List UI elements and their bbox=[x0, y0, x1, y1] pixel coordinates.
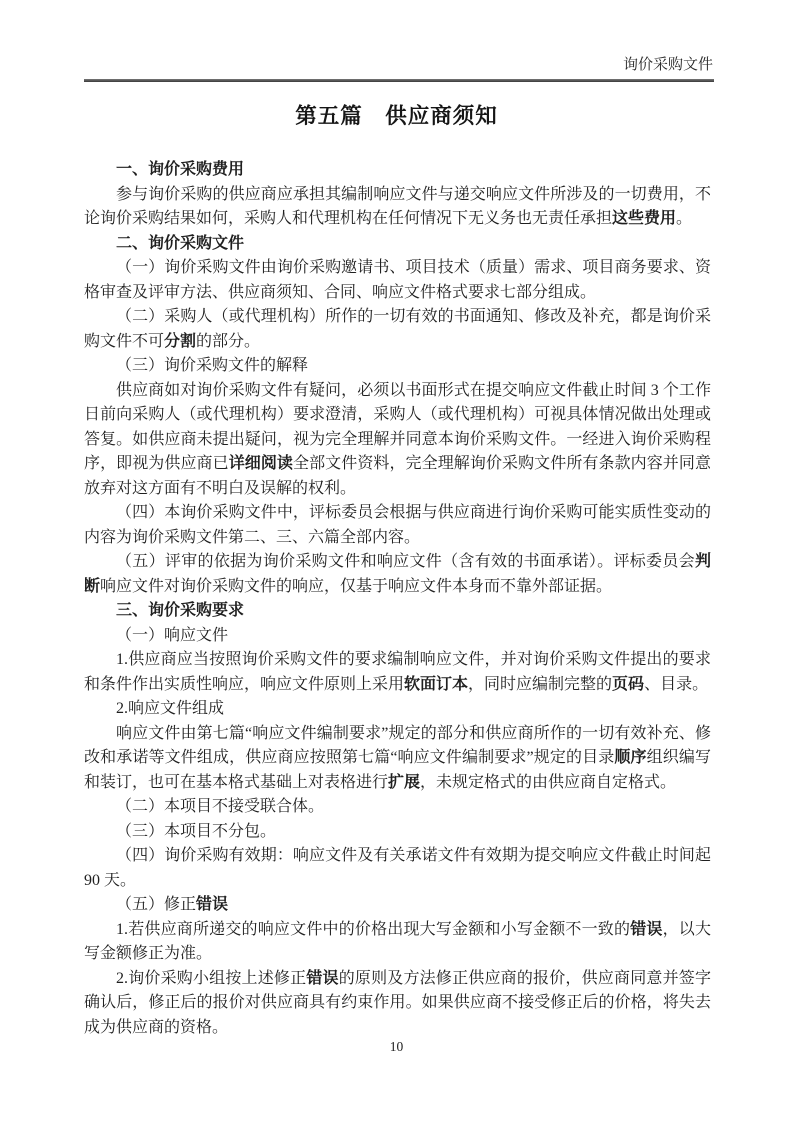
text-segment: 1.若供应商所递交的响应文件中的价格出现大写金额和小写金额不一致的 bbox=[116, 921, 630, 938]
text-segment: ，同时应编制完整的 bbox=[468, 676, 612, 693]
text-segment: 的部分。 bbox=[196, 333, 260, 350]
document-body: 一、询价采购费用参与询价采购的供应商应承担其编制响应文件与递交响应文件所涉及的一… bbox=[84, 158, 711, 1040]
header-rule bbox=[84, 79, 714, 82]
text-segment: 详细阅读 bbox=[229, 455, 293, 472]
paragraph: 参与询价采购的供应商应承担其编制响应文件与递交响应文件所涉及的一切费用，不论询价… bbox=[84, 183, 711, 232]
text-segment: 顺序 bbox=[614, 749, 646, 766]
text-segment: ，未规定格式的由供应商自定格式。 bbox=[420, 774, 676, 791]
text-segment: （二）本项目不接受联合体。 bbox=[116, 798, 324, 815]
header-doc-type-label: 询价采购文件 bbox=[623, 53, 713, 74]
text-segment: 页码 bbox=[612, 676, 644, 693]
paragraph: 2.响应文件组成 bbox=[84, 697, 711, 722]
paragraph: （三）本项目不分包。 bbox=[84, 820, 711, 845]
paragraph: （二）本项目不接受联合体。 bbox=[84, 795, 711, 820]
paragraph: （四）本询价采购文件中，评标委员会根据与供应商进行询价采购可能实质性变动的内容为… bbox=[84, 501, 711, 550]
text-segment: （五）评审的依据为询价采购文件和响应文件（含有效的书面承诺）。评标委员会 bbox=[116, 553, 695, 570]
page-footer: 10 bbox=[0, 1039, 793, 1055]
text-segment: （一）询价采购文件由询价采购邀请书、项目技术（质量）需求、项目商务要求、资格审查… bbox=[84, 259, 711, 301]
text-segment: 。 bbox=[676, 210, 692, 227]
text-segment: （四）询价采购有效期：响应文件及有关承诺文件有效期为提交响应文件截止时间起90 … bbox=[84, 847, 711, 889]
text-segment: 错误 bbox=[306, 970, 338, 987]
document-page: 询价采购文件 第五篇 供应商须知 一、询价采购费用参与询价采购的供应商应承担其编… bbox=[0, 0, 793, 1122]
text-segment: 错误 bbox=[630, 921, 662, 938]
paragraph: 2.询价采购小组按上述修正错误的原则及方法修正供应商的报价，供应商同意并签字确认… bbox=[84, 967, 711, 1041]
page-title: 第五篇 供应商须知 bbox=[0, 99, 793, 130]
text-segment: （一）响应文件 bbox=[116, 627, 228, 644]
section-heading: 三、询价采购要求 bbox=[84, 599, 711, 624]
paragraph: 响应文件由第七篇“响应文件编制要求”规定的部分和供应商所作的一切有效补充、修改和… bbox=[84, 722, 711, 796]
section-heading: 二、询价采购文件 bbox=[84, 232, 711, 257]
text-segment: 二、询价采购文件 bbox=[116, 235, 244, 252]
paragraph: 1.若供应商所递交的响应文件中的价格出现大写金额和小写金额不一致的错误，以大写金… bbox=[84, 918, 711, 967]
text-segment: 扩展 bbox=[388, 774, 420, 791]
text-segment: 、目录。 bbox=[644, 676, 708, 693]
paragraph: （五）修正错误 bbox=[84, 893, 711, 918]
page-number: 10 bbox=[390, 1039, 404, 1054]
section-heading: 一、询价采购费用 bbox=[84, 158, 711, 183]
text-segment: （三）询价采购文件的解释 bbox=[116, 357, 308, 374]
text-segment: 错误 bbox=[196, 896, 228, 913]
paragraph: （三）询价采购文件的解释 bbox=[84, 354, 711, 379]
paragraph: （二）采购人（或代理机构）所作的一切有效的书面通知、修改及补充，都是询价采购文件… bbox=[84, 305, 711, 354]
paragraph: （一）询价采购文件由询价采购邀请书、项目技术（质量）需求、项目商务要求、资格审查… bbox=[84, 256, 711, 305]
paragraph: 供应商如对询价采购文件有疑问，必须以书面形式在提交响应文件截止时间 3 个工作日… bbox=[84, 379, 711, 502]
text-segment: 响应文件对询价采购文件的响应，仅基于响应文件本身而不靠外部证据。 bbox=[100, 578, 612, 595]
text-segment: 2.询价采购小组按上述修正 bbox=[116, 970, 306, 987]
text-segment: （三）本项目不分包。 bbox=[116, 823, 276, 840]
paragraph: （一）响应文件 bbox=[84, 624, 711, 649]
paragraph: （五）评审的依据为询价采购文件和响应文件（含有效的书面承诺）。评标委员会判断响应… bbox=[84, 550, 711, 599]
text-segment: 分割 bbox=[164, 333, 196, 350]
text-segment: 2.响应文件组成 bbox=[116, 700, 224, 717]
text-segment: （五）修正 bbox=[116, 896, 196, 913]
text-segment: 这些费用 bbox=[612, 210, 676, 227]
text-segment: （四）本询价采购文件中，评标委员会根据与供应商进行询价采购可能实质性变动的内容为… bbox=[84, 504, 711, 546]
text-segment: 软面订本 bbox=[404, 676, 468, 693]
text-segment: 三、询价采购要求 bbox=[116, 602, 244, 619]
paragraph: 1.供应商应当按照询价采购文件的要求编制响应文件，并对询价采购文件提出的要求和条… bbox=[84, 648, 711, 697]
text-segment: 一、询价采购费用 bbox=[116, 161, 244, 178]
paragraph: （四）询价采购有效期：响应文件及有关承诺文件有效期为提交响应文件截止时间起90 … bbox=[84, 844, 711, 893]
